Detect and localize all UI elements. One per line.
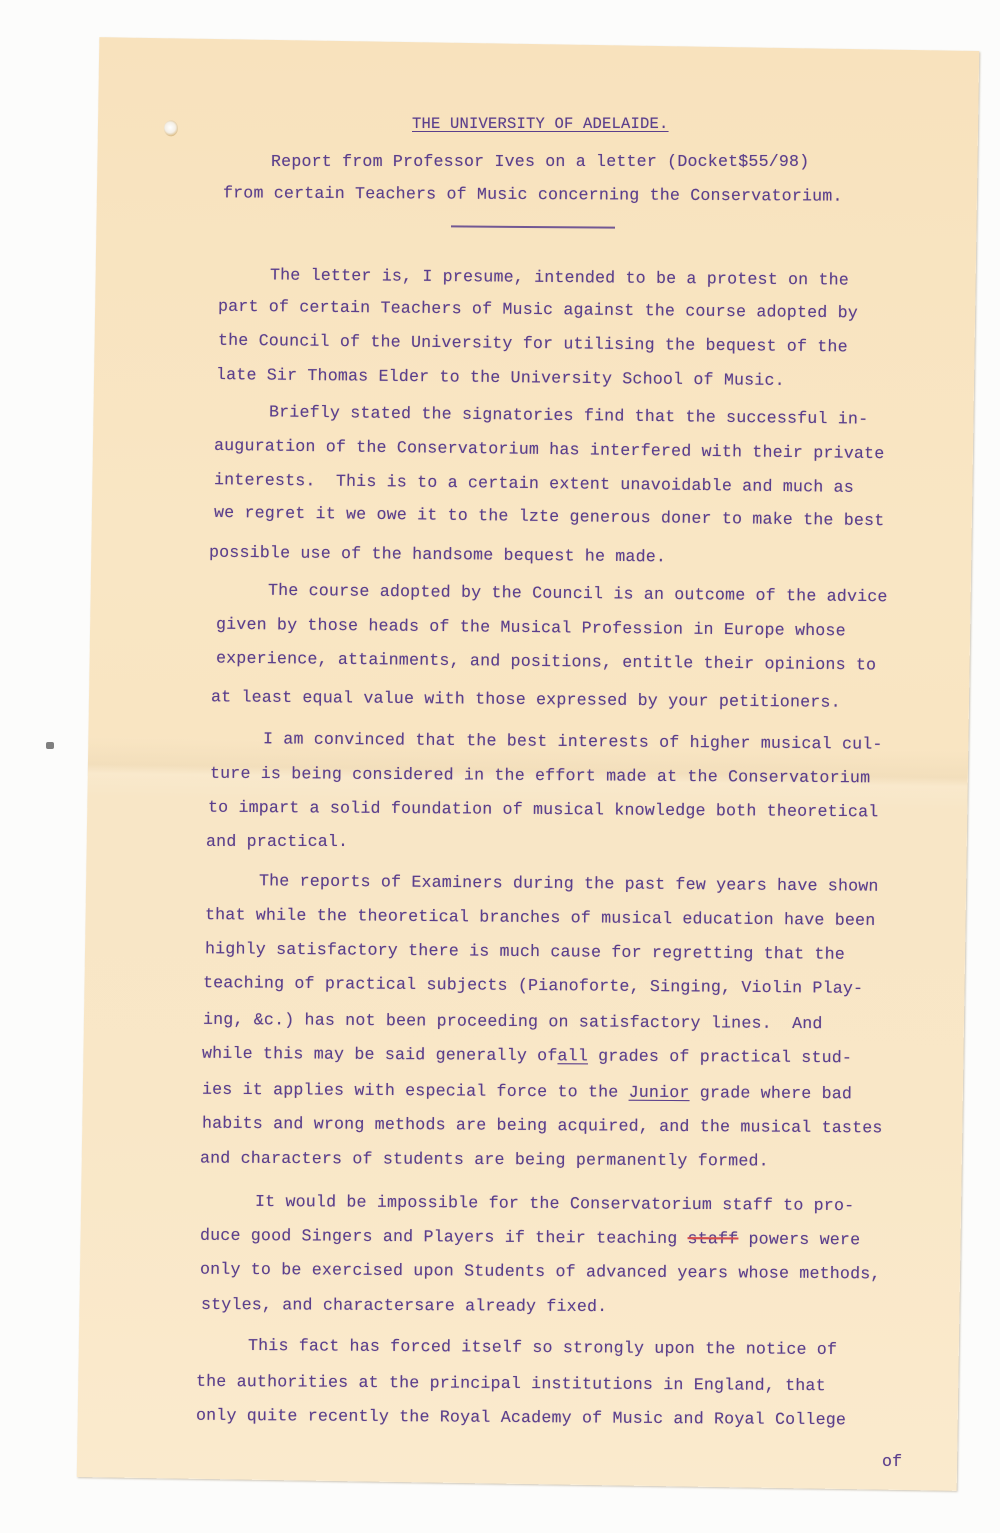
p6-line-2-text-b: powers were xyxy=(738,1229,860,1249)
p6-line-2: duce good Singers and Players if their t… xyxy=(200,1226,860,1251)
p2-line-4: we regret it we owe it to the lzte gener… xyxy=(214,503,885,531)
p7-line-1: This fact has forced itself so strongly … xyxy=(248,1336,837,1360)
p1-line-4: late Sir Thomas Elder to the University … xyxy=(216,365,785,391)
p4-line-1: I am convinced that the best interests o… xyxy=(263,729,883,754)
p5-line-7-text-a: ies it applies with especial force to th… xyxy=(202,1080,629,1102)
p6-line-3: only to be exercised upon Students of ad… xyxy=(200,1260,881,1285)
p3-line-3: experience, attainments, and positions, … xyxy=(216,649,876,676)
p3-line-4: at least equal value with those expresse… xyxy=(211,687,841,712)
p5-line-4: teaching of practical subjects (Pianofor… xyxy=(203,973,863,999)
p6-line-4: styles, and charactersare already fixed. xyxy=(201,1295,607,1317)
p3-line-2: given by those heads of the Musical Prof… xyxy=(216,615,846,642)
p5-line-6-text-b: grades of practical stud- xyxy=(588,1046,852,1067)
p5-line-6: while this may be said generally ofall g… xyxy=(202,1044,852,1069)
p2-line-2: auguration of the Conservatorium has int… xyxy=(214,436,885,464)
catchword: of xyxy=(882,1452,902,1472)
p1-line-1: The letter is, I presume, intended to be… xyxy=(270,265,849,290)
p5-line-6-text-a: while this may be said generally of xyxy=(202,1044,558,1065)
struck-word-staff: staff xyxy=(688,1229,739,1248)
p5-line-3: highly satisfactory there is much cause … xyxy=(205,939,845,965)
p5-line-5: ing, &c.) has not been proceeding on sat… xyxy=(203,1010,823,1034)
p4-line-2: ture is being considered in the effort m… xyxy=(210,764,870,789)
p3-line-1: The course adopted by the Council is an … xyxy=(268,581,888,607)
p2-line-3: interests. This is to a certain extent u… xyxy=(214,470,854,498)
p1-line-2: part of certain Teachers of Music agains… xyxy=(218,297,858,324)
subtitle-line-1: Report from Professor Ives on a letter (… xyxy=(271,152,809,172)
subtitle-line-2: from certain Teachers of Music concernin… xyxy=(223,183,843,206)
p2-line-5: possible use of the handsome bequest he … xyxy=(209,543,666,568)
document-header: THE UNIVERSITY OF ADELAIDE. xyxy=(412,114,669,134)
p5-line-1: The reports of Examiners during the past… xyxy=(259,871,879,896)
document-text: THE UNIVERSITY OF ADELAIDE. Report from … xyxy=(0,0,1000,1533)
p5-line-9: and characters of students are being per… xyxy=(200,1149,769,1172)
p2-line-1: Briefly stated the signatories find that… xyxy=(269,402,869,429)
p5-line-8: habits and wrong methods are being acqui… xyxy=(202,1114,883,1139)
p6-line-1: It would be impossible for the Conservat… xyxy=(255,1192,854,1216)
p4-line-3: to impart a solid foundation of musical … xyxy=(208,798,879,823)
scanned-page: THE UNIVERSITY OF ADELAIDE. Report from … xyxy=(0,0,1000,1533)
p5-line-2: that while the theoretical branches of m… xyxy=(205,905,876,931)
emphasis-all: all xyxy=(557,1046,588,1065)
p4-line-4: and practical. xyxy=(206,832,348,852)
p5-line-7: ies it applies with especial force to th… xyxy=(202,1080,852,1105)
p1-line-3: the Council of the University for utilis… xyxy=(218,331,848,358)
p6-line-2-text-a: duce good Singers and Players if their t… xyxy=(200,1226,688,1248)
header-divider xyxy=(451,225,615,228)
emphasis-junior: Junior xyxy=(629,1083,690,1102)
p7-line-2: the authorities at the principal institu… xyxy=(196,1372,826,1396)
p5-line-7-text-b: grade where bad xyxy=(690,1083,853,1103)
p7-line-3: only quite recently the Royal Academy of… xyxy=(196,1406,846,1431)
